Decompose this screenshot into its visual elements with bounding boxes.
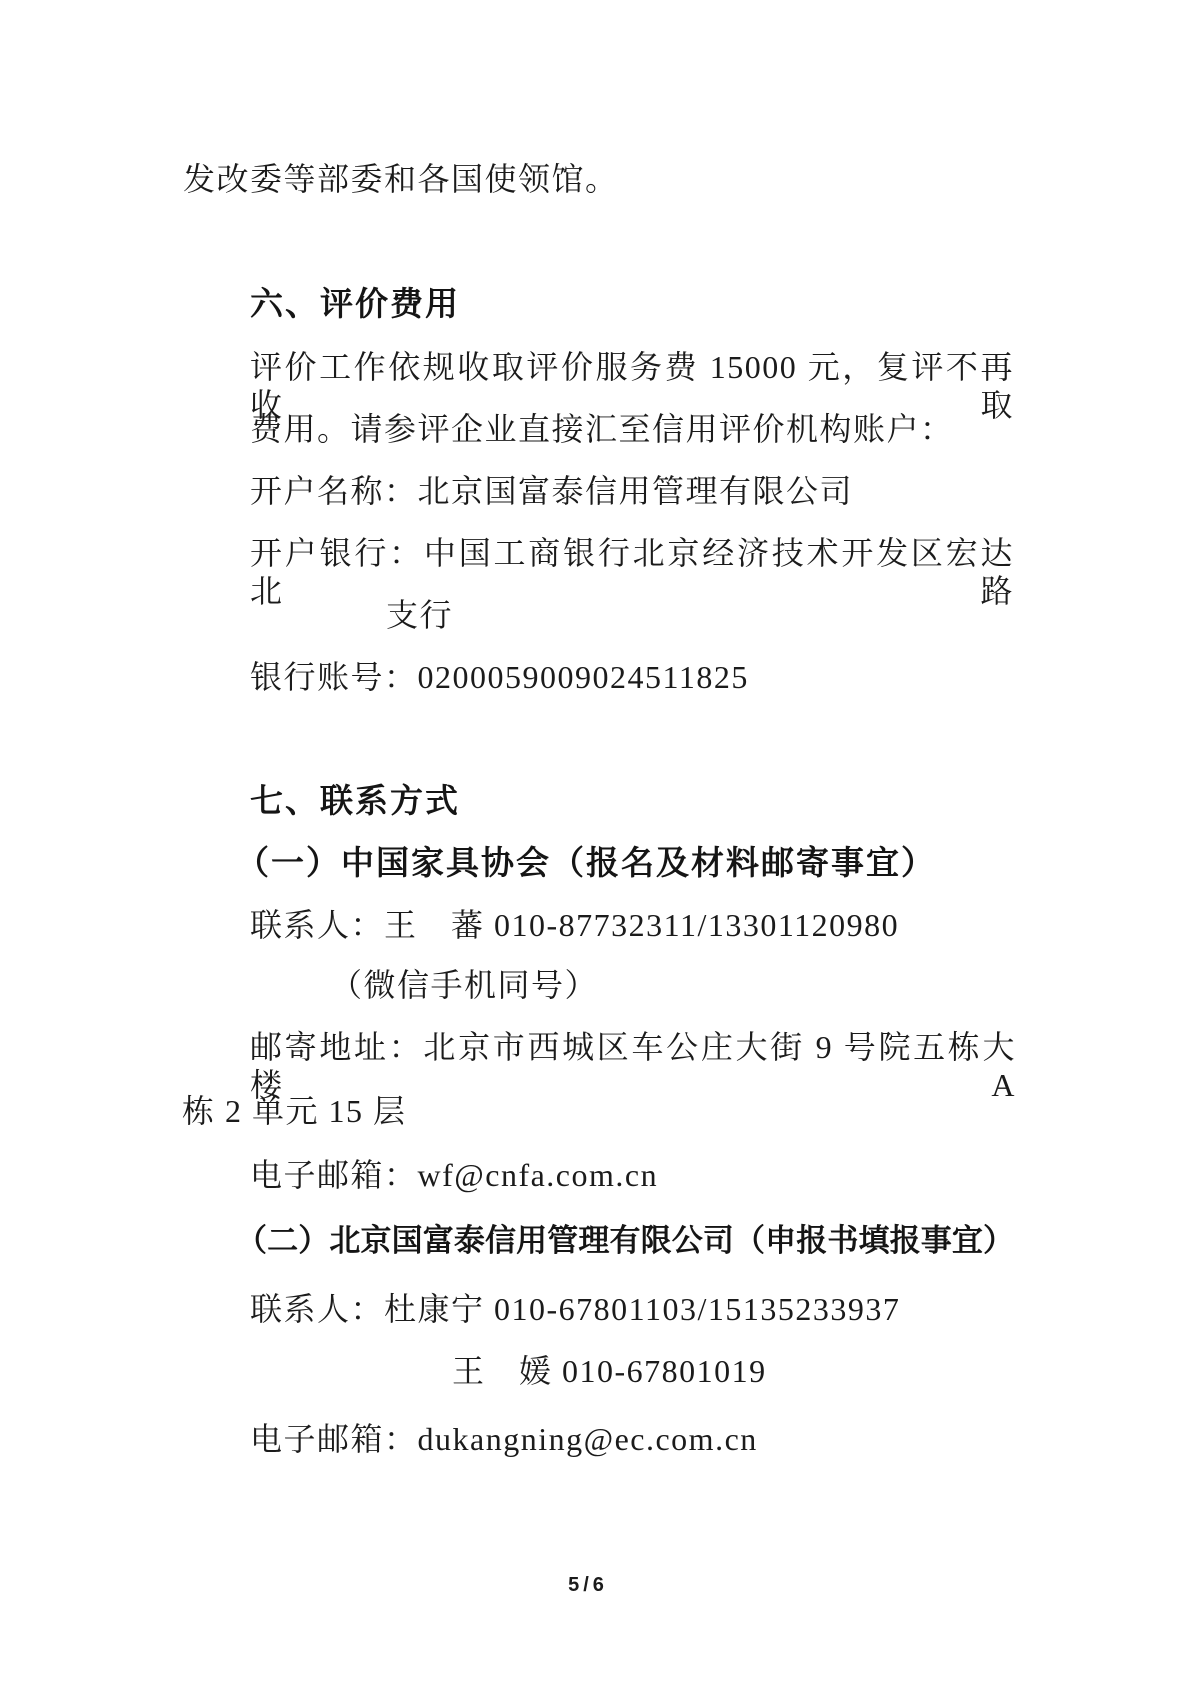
- document-page: 发改委等部委和各国使领馆。 六、评价费用 评价工作依规收取评价服务费 15000…: [0, 0, 1190, 1682]
- org1-address-line-2: 栋 2 单元 15 层: [182, 1092, 407, 1130]
- org1-contact-line: 联系人：王 蕃 010-87732311/13301120980: [250, 906, 899, 944]
- fee-section-heading: 六、评价费用: [250, 285, 460, 323]
- org2-contact-line-2: 王 媛 010-67801019: [452, 1352, 767, 1390]
- bank-name-line-1: 开户银行：中国工商银行北京经济技术开发区宏达北路: [250, 534, 1014, 610]
- intro-line: 发改委等部委和各国使领馆。: [183, 160, 619, 198]
- org2-heading: （二）北京国富泰信用管理有限公司（申报书填报事宜）: [236, 1222, 1014, 1260]
- fee-body-line-2: 费用。请参评企业直接汇至信用评价机构账户：: [250, 410, 954, 448]
- account-name-line: 开户名称：北京国富泰信用管理有限公司: [250, 472, 853, 510]
- bank-name-line-2: 支行: [386, 596, 453, 634]
- page-number: 5/6: [0, 1574, 1176, 1597]
- org1-email-line: 电子邮箱：wf@cnfa.com.cn: [250, 1156, 658, 1194]
- org2-email-line: 电子邮箱：dukangning@ec.com.cn: [250, 1420, 758, 1458]
- account-number-line: 银行账号：0200059009024511825: [250, 658, 749, 696]
- org1-contact-note: （微信手机同号）: [330, 966, 598, 1004]
- org1-heading: （一）中国家具协会（报名及材料邮寄事宜）: [236, 844, 936, 882]
- org2-contact-line-1: 联系人：杜康宁 010-67801103/15135233937: [250, 1290, 900, 1328]
- contact-section-heading: 七、联系方式: [250, 782, 460, 820]
